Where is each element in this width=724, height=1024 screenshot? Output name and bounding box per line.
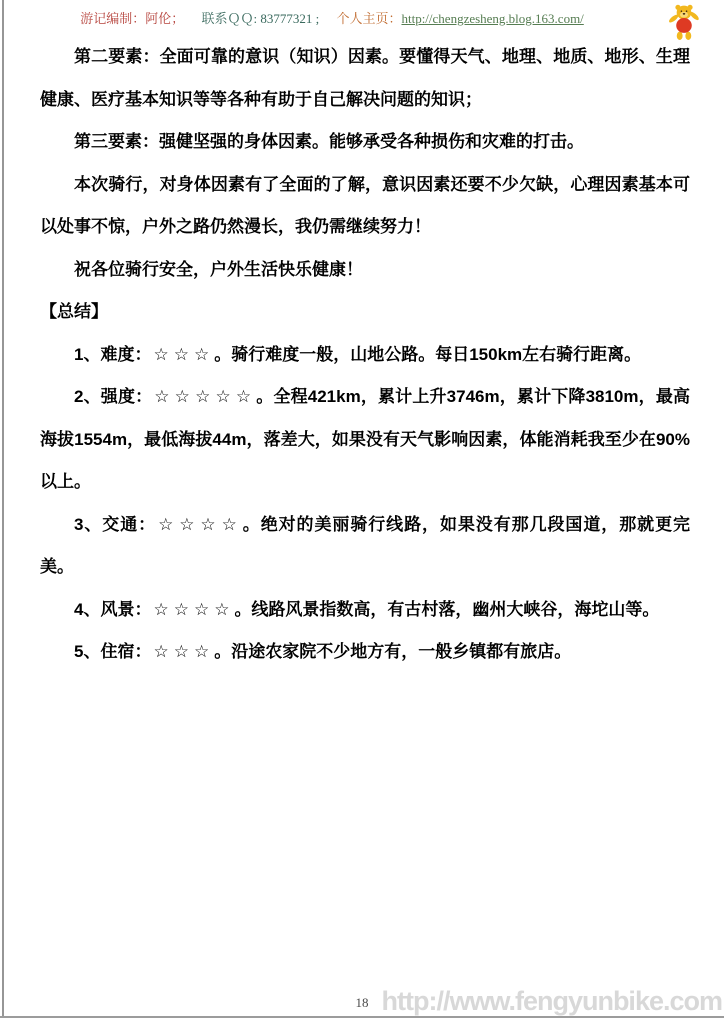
- star-rating: ☆☆☆: [151, 345, 214, 364]
- star-rating: ☆☆☆: [151, 642, 214, 661]
- header-homepage-link[interactable]: http://chengzesheng.blog.163.com/: [401, 11, 583, 26]
- page-header: 游记编制：阿伦； 联系ＱＱ: 83777321 ; 个人主页：http://ch…: [0, 8, 664, 27]
- paragraph-ride-reflection: 本次骑行，对身体因素有了全面的了解，意识因素还要不少欠缺，心理因素基本可以处事不…: [40, 164, 690, 249]
- summary-item-text: 。线路风景指数高，有古村落，幽州大峡谷，海坨山等。: [234, 600, 659, 619]
- summary-heading: 【总结】: [40, 291, 690, 334]
- star-rating: ☆☆☆☆: [156, 515, 243, 534]
- summary-item-label: 1、难度：: [74, 345, 151, 364]
- header-author-label: 游记编制：阿伦；: [80, 8, 184, 27]
- header-homepage-label: 个人主页：: [336, 11, 401, 26]
- document-body: 第二要素：全面可靠的意识（知识）因素。要懂得天气、地理、地质、地形、生理健康、医…: [40, 36, 690, 674]
- summary-item-text: 。骑行难度一般，山地公路。每日150km左右骑行距离。: [214, 345, 641, 364]
- summary-item-label: 3、交通：: [74, 515, 156, 534]
- summary-item-text: 。沿途农家院不少地方有，一般乡镇都有旅店。: [214, 642, 571, 661]
- summary-item-label: 4、风景：: [74, 600, 151, 619]
- summary-item-intensity: 2、强度：☆☆☆☆☆。全程421km，累计上升3746m，累计下降3810m，最…: [40, 376, 690, 504]
- star-rating: ☆☆☆☆☆: [152, 387, 256, 406]
- page-left-edge-line: [2, 0, 4, 1018]
- paragraph-factor-3: 第三要素：强健坚强的身体因素。能够承受各种损伤和灾难的打击。: [40, 121, 690, 164]
- watermark-url: http://www.fengyunbike.com: [381, 986, 722, 1017]
- summary-item-label: 2、强度：: [74, 387, 152, 406]
- summary-item-traffic: 3、交通：☆☆☆☆。绝对的美丽骑行线路，如果没有那几段国道，那就更完美。: [40, 504, 690, 589]
- summary-item-scenery: 4、风景：☆☆☆☆。线路风景指数高，有古村落，幽州大峡谷，海坨山等。: [40, 589, 690, 632]
- summary-item-difficulty: 1、难度：☆☆☆。骑行难度一般，山地公路。每日150km左右骑行距离。: [40, 334, 690, 377]
- document-page: 游记编制：阿伦； 联系ＱＱ: 83777321 ; 个人主页：http://ch…: [0, 0, 724, 1024]
- summary-item-lodging: 5、住宿：☆☆☆。沿途农家院不少地方有，一般乡镇都有旅店。: [40, 631, 690, 674]
- header-contact-qq-label: 联系ＱＱ: 83777321 ;: [201, 8, 319, 27]
- paragraph-factor-2: 第二要素：全面可靠的意识（知识）因素。要懂得天气、地理、地质、地形、生理健康、医…: [40, 36, 690, 121]
- summary-item-label: 5、住宿：: [74, 642, 151, 661]
- paragraph-wishes: 祝各位骑行安全，户外生活快乐健康！: [40, 249, 690, 292]
- star-rating: ☆☆☆☆: [151, 600, 234, 619]
